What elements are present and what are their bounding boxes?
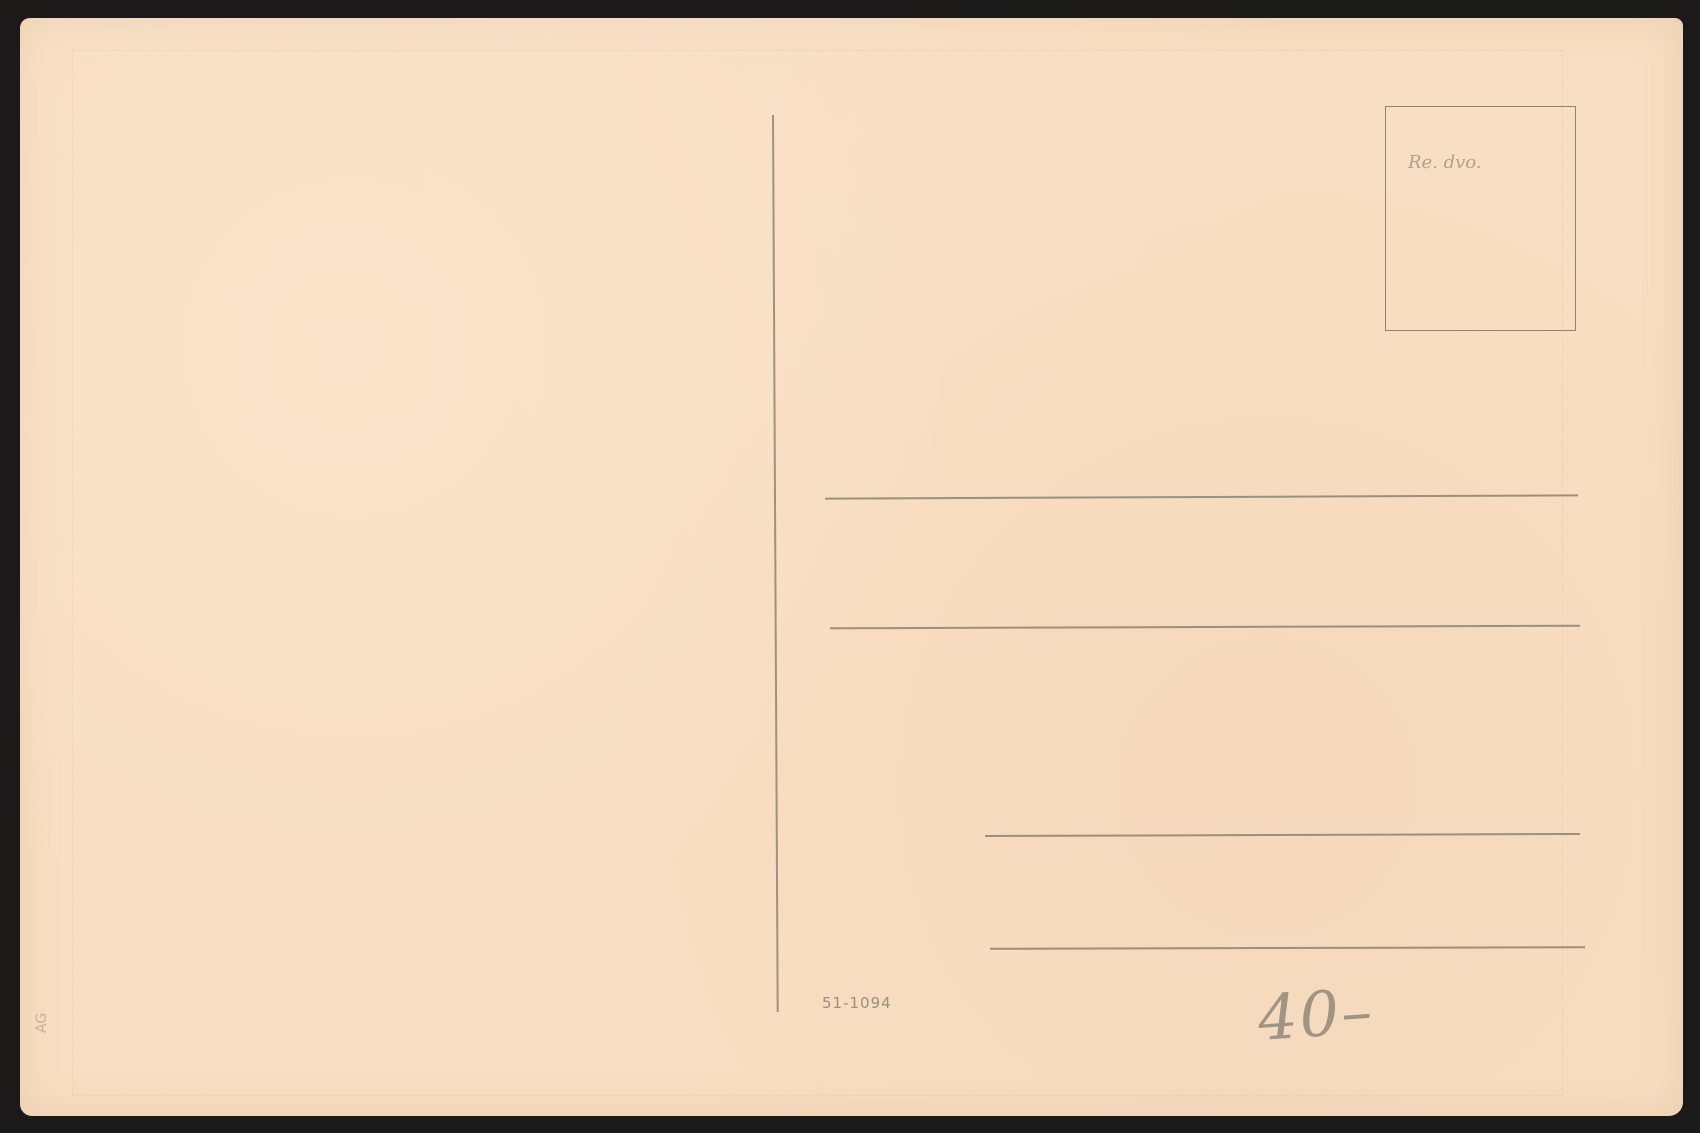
- stamp-box-pencil-note: Re. dvo.: [1408, 143, 1482, 183]
- postcard-back: Re. dvo. 51-1094 40– AG: [20, 18, 1683, 1116]
- edge-publisher-mark: AG: [34, 1013, 50, 1033]
- print-code: 51-1094: [822, 994, 892, 1012]
- faded-print-border: [72, 50, 1563, 1096]
- address-line-4: [990, 946, 1585, 950]
- address-line-3: [985, 833, 1580, 837]
- stamp-box: Re. dvo.: [1385, 106, 1576, 331]
- address-line-2: [830, 625, 1580, 630]
- handwritten-price: 40–: [1256, 974, 1377, 1055]
- message-address-divider: [772, 115, 779, 1012]
- address-line-1: [825, 494, 1578, 499]
